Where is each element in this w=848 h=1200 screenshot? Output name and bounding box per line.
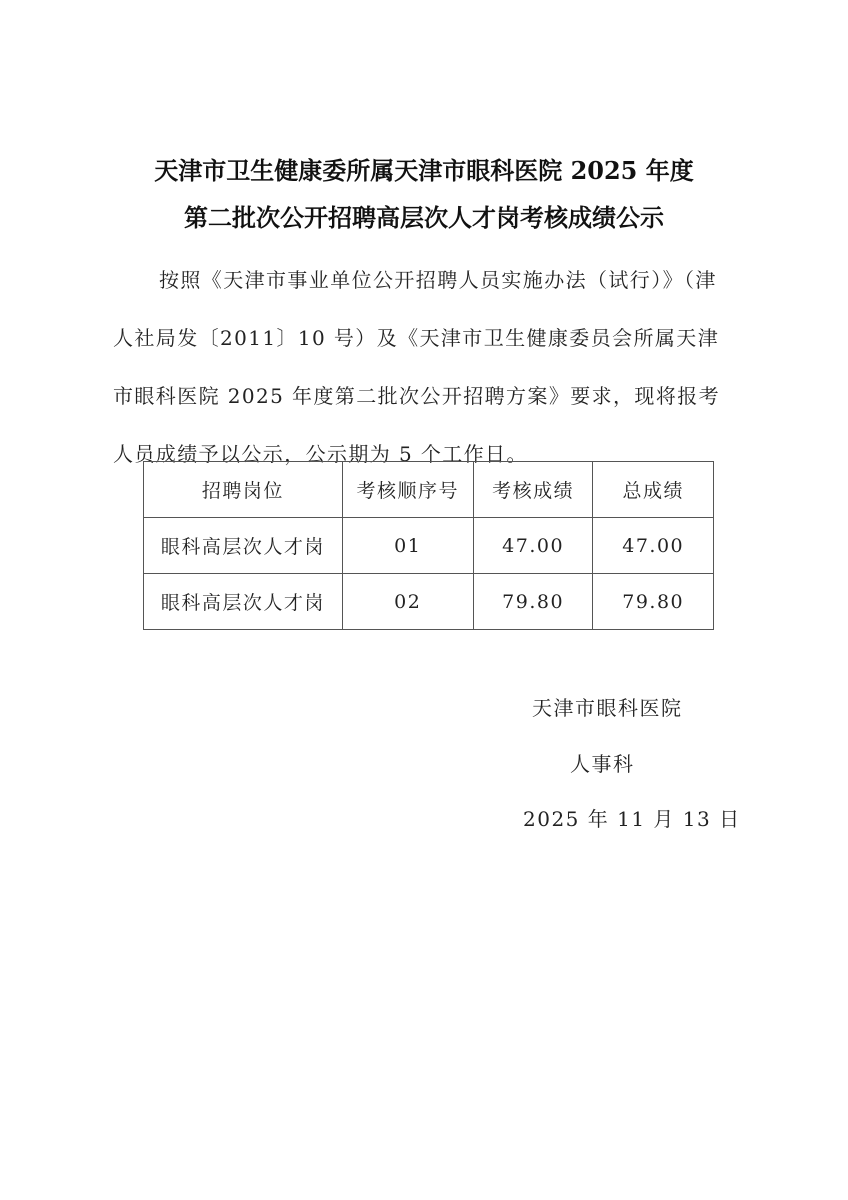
cell-total-score: 79.80 xyxy=(593,574,714,630)
table-header-row: 招聘岗位 考核顺序号 考核成绩 总成绩 xyxy=(144,462,714,518)
table-row: 眼科高层次人才岗 02 79.80 79.80 xyxy=(144,574,714,630)
table-row: 眼科高层次人才岗 01 47.00 47.00 xyxy=(144,518,714,574)
cell-assessment-score: 79.80 xyxy=(473,574,593,630)
header-assessment-score: 考核成绩 xyxy=(473,462,593,518)
paragraph-line: 按照《天津市事业单位公开招聘人员实施办法（试行）》（津 xyxy=(113,251,745,309)
signature-organization: 天津市眼科医院 xyxy=(532,692,683,721)
signature-department: 人事科 xyxy=(570,748,635,777)
cell-position: 眼科高层次人才岗 xyxy=(144,518,343,574)
cell-order-number: 01 xyxy=(342,518,473,574)
document-title-line-2: 第二批次公开招聘高层次人才岗考核成绩公示 xyxy=(0,198,848,233)
header-total-score: 总成绩 xyxy=(593,462,714,518)
header-position: 招聘岗位 xyxy=(144,462,343,518)
cell-order-number: 02 xyxy=(342,574,473,630)
document-title-line-1: 天津市卫生健康委所属天津市眼科医院 2025 年度 xyxy=(0,151,848,186)
cell-assessment-score: 47.00 xyxy=(473,518,593,574)
body-paragraph: 按照《天津市事业单位公开招聘人员实施办法（试行）》（津 人社局发〔2011〕10… xyxy=(113,251,745,483)
header-order-number: 考核顺序号 xyxy=(342,462,473,518)
cell-position: 眼科高层次人才岗 xyxy=(144,574,343,630)
signature-date: 2025 年 11 月 13 日 xyxy=(523,803,741,832)
results-table: 招聘岗位 考核顺序号 考核成绩 总成绩 眼科高层次人才岗 01 47.00 47… xyxy=(143,461,714,630)
paragraph-line: 人社局发〔2011〕10 号）及《天津市卫生健康委员会所属天津 xyxy=(113,309,745,367)
paragraph-line: 市眼科医院 2025 年度第二批次公开招聘方案》要求，现将报考 xyxy=(113,367,745,425)
cell-total-score: 47.00 xyxy=(593,518,714,574)
